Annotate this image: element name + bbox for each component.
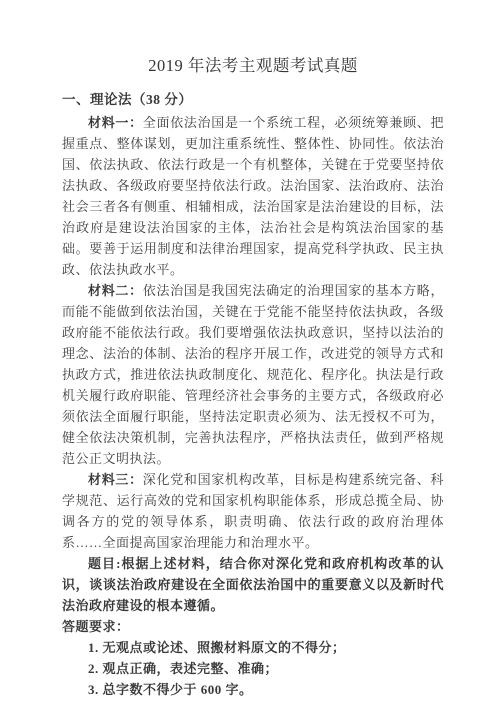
requirement-item-1: 1. 无观点或论述、照搬材料原文的不得分；: [62, 637, 444, 658]
material-1-text: 全面依法治国是一个系统工程，必须统筹兼顾、把握重点、整体谋划，更加注重系统性、整…: [62, 115, 444, 277]
question-paragraph: 题目:根据上述材料，结合你对深化党和政府机构改革的认识，谈谈法治政府建设在全面依…: [62, 553, 444, 616]
material-1-paragraph: 材料一：全面依法治国是一个系统工程，必须统筹兼顾、把握重点、整体谋划，更加注重系…: [62, 112, 444, 280]
material-1-label: 材料一：: [88, 115, 143, 130]
material-3-label: 材料三：: [88, 472, 143, 487]
question-label: 题目:: [88, 556, 121, 571]
material-2-label: 材料二：: [88, 283, 143, 298]
material-3-paragraph: 材料三：深化党和国家机构改革，目标是构建系统完备、科学规范、运行高效的党和国家机…: [62, 469, 444, 553]
document-title: 2019 年法考主观题考试真题: [62, 54, 444, 78]
requirement-item-2: 2. 观点正确，表述完整、准确；: [62, 658, 444, 679]
requirements-heading: 答题要求：: [62, 616, 444, 637]
section-heading: 一、理论法（38 分）: [62, 88, 444, 112]
requirement-item-3: 3. 总字数不得少于 600 字。: [62, 679, 444, 700]
document-page: 2019 年法考主观题考试真题 一、理论法（38 分） 材料一：全面依法治国是一…: [0, 0, 500, 708]
material-2-text: 依法治国是我国宪法确定的治理国家的基本方略，而能不能做到依法治国，关键在于党能不…: [62, 283, 444, 466]
material-2-paragraph: 材料二：依法治国是我国宪法确定的治理国家的基本方略，而能不能做到依法治国，关键在…: [62, 280, 444, 469]
